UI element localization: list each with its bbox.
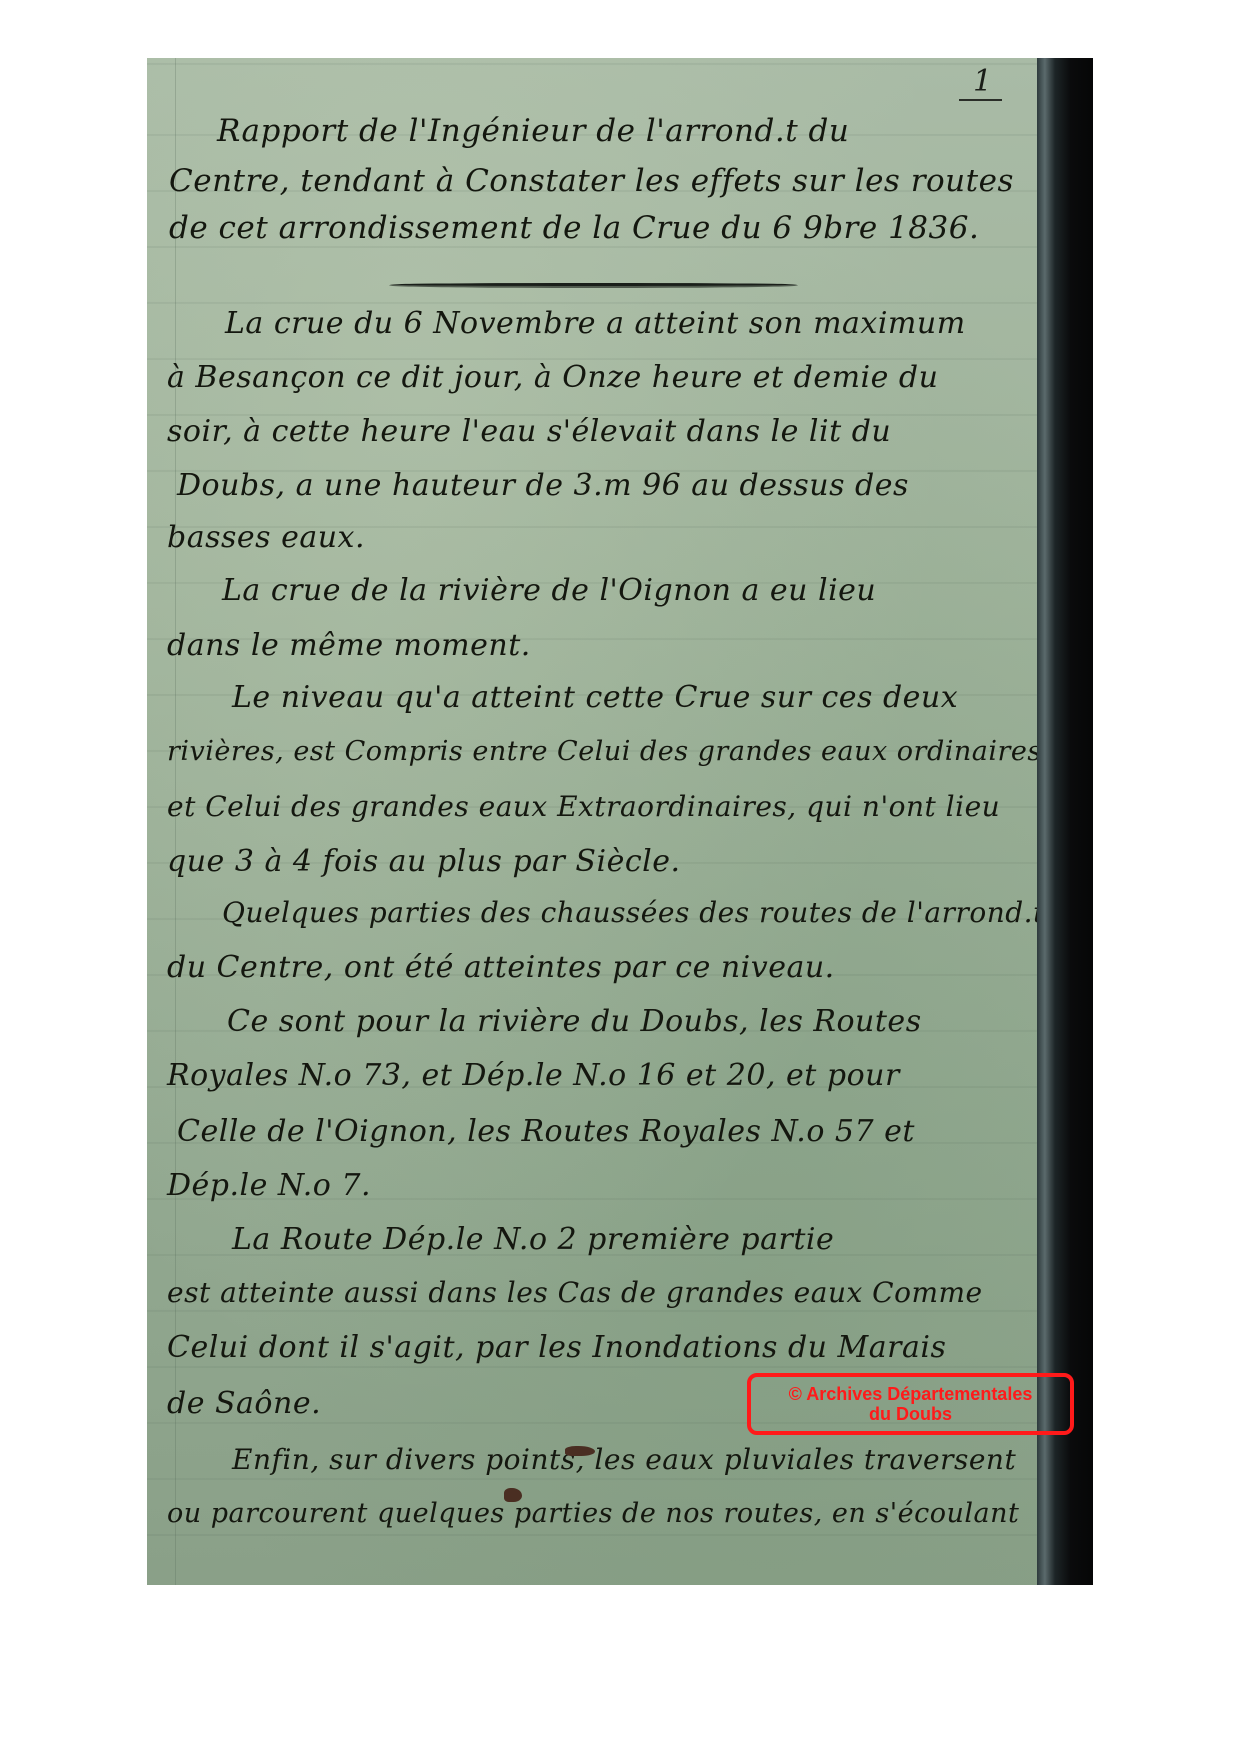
watermark-line-1: © Archives Départementales xyxy=(789,1384,1033,1404)
body-line: La crue de la rivière de l'Oignon a eu l… xyxy=(222,573,876,608)
body-line: à Besançon ce dit jour, à Onze heure et … xyxy=(167,360,938,395)
body-line: et Celui des grandes eaux Extraordinaire… xyxy=(167,790,1000,823)
title-separator xyxy=(390,283,797,286)
title-line-1: Rapport de l'Ingénieur de l'arrond.t du xyxy=(217,113,849,149)
copyright-watermark: © Archives Départementales du Doubs xyxy=(747,1373,1074,1435)
ink-stain xyxy=(504,1488,522,1502)
body-line: basses eaux. xyxy=(167,520,365,555)
body-line: Quelques parties des chaussées des route… xyxy=(222,896,1045,929)
body-line: Ce sont pour la rivière du Doubs, les Ro… xyxy=(227,1004,922,1039)
body-line: dans le même moment. xyxy=(167,628,531,663)
title-line-2: Centre, tendant à Constater les effets s… xyxy=(169,163,1014,199)
manuscript-photo: 1 Rapport de l'Ingénieur de l'arrond.t d… xyxy=(147,58,1093,1585)
body-line: La crue du 6 Novembre a atteint son maxi… xyxy=(225,306,966,341)
body-line: soir, à cette heure l'eau s'élevait dans… xyxy=(167,414,891,449)
body-line: Doubs, a une hauteur de 3.m 96 au dessus… xyxy=(177,468,909,503)
body-line: de Saône. xyxy=(167,1386,321,1421)
title-line-3: de cet arrondissement de la Crue du 6 9b… xyxy=(169,210,979,246)
body-line: Celle de l'Oignon, les Routes Royales N.… xyxy=(177,1114,915,1149)
body-line: Dép.le N.o 7. xyxy=(167,1168,371,1203)
body-line: Le niveau qu'a atteint cette Crue sur ce… xyxy=(232,680,958,715)
book-binding xyxy=(1037,58,1093,1585)
ink-stain xyxy=(565,1446,595,1456)
body-line: Celui dont il s'agit, par les Inondation… xyxy=(167,1330,946,1365)
body-line: est atteinte aussi dans les Cas de grand… xyxy=(167,1276,983,1309)
body-line: La Route Dép.le N.o 2 première partie xyxy=(232,1222,834,1257)
body-line: Royales N.o 73, et Dép.le N.o 16 et 20, … xyxy=(167,1058,900,1093)
page-number: 1 xyxy=(959,64,1002,101)
paper-page: 1 Rapport de l'Ingénieur de l'arrond.t d… xyxy=(147,58,1037,1585)
body-line: Enfin, sur divers points, les eaux pluvi… xyxy=(232,1443,1016,1476)
body-line: que 3 à 4 fois au plus par Siècle. xyxy=(167,844,681,879)
body-line: du Centre, ont été atteintes par ce nive… xyxy=(167,950,835,985)
body-line: rivières, est Compris entre Celui des gr… xyxy=(167,736,1042,767)
body-line: ou parcourent quelques parties de nos ro… xyxy=(167,1498,1019,1529)
watermark-line-2: du Doubs xyxy=(869,1404,952,1424)
